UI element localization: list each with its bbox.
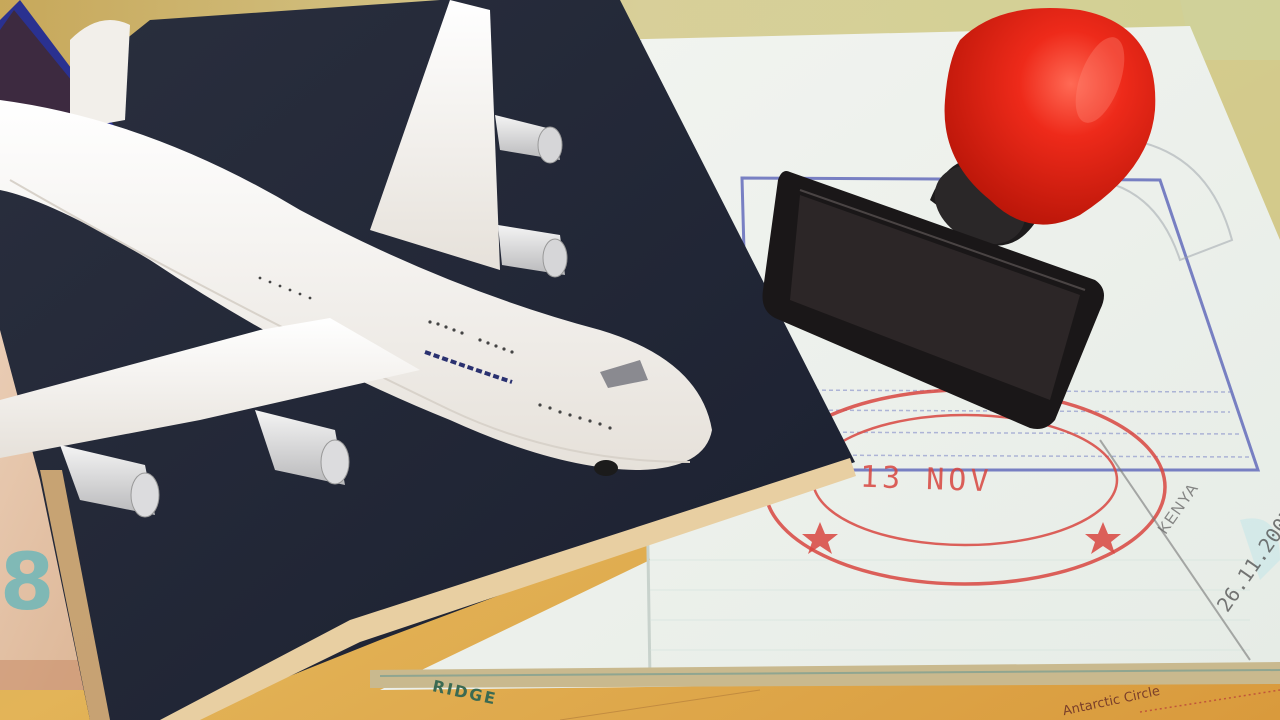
passport-page-number: 8: [0, 538, 54, 628]
travel-photo: RIDGE Antarctic Circle 13 NOV KENYA 26.1…: [0, 0, 1280, 720]
photo-illustration: [0, 0, 1280, 720]
stamp-date-text: 13 NOV: [859, 460, 993, 500]
